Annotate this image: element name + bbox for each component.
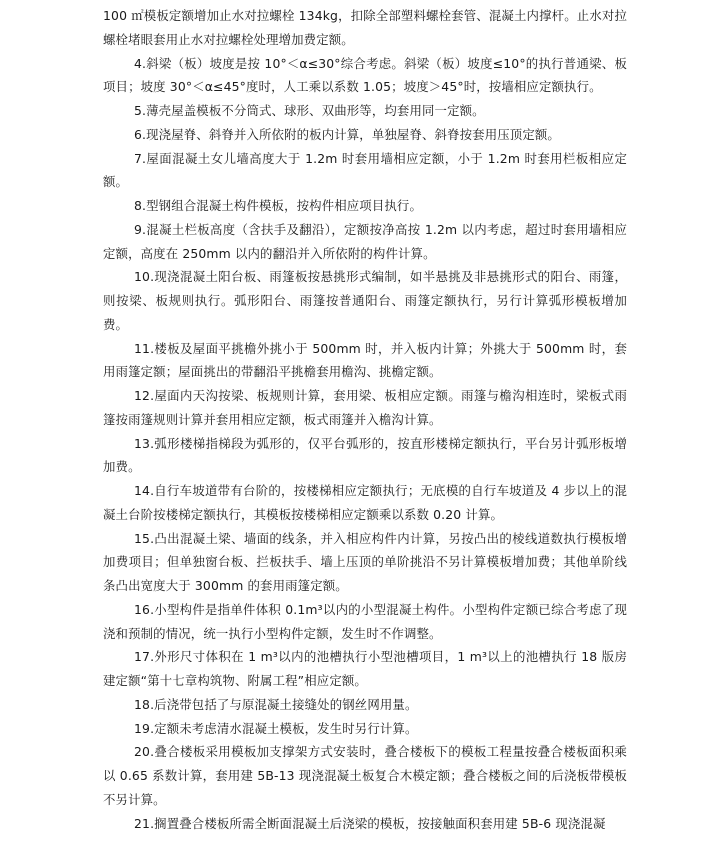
paragraph-item-11: 11.楼板及屋面平挑檐外挑小于 500mm 时，并入板内计算；外挑大于 500m…	[103, 337, 627, 385]
paragraph-item-4: 4.斜梁（板）坡度是按 10°＜α≤30°综合考虑。斜梁（板）坡度≤10°的执行…	[103, 52, 627, 100]
paragraph-item-13: 13.弧形楼梯指梯段为弧形的，仅平台弧形的，按直形楼梯定额执行，平台另计弧形板增…	[103, 432, 627, 480]
paragraph-item-18: 18.后浇带包括了与原混凝土接缝处的钢丝网用量。	[103, 693, 627, 717]
paragraph-item-12: 12.屋面内天沟按梁、板规则计算，套用梁、板相应定额。雨篷与檐沟相连时，梁板式雨…	[103, 384, 627, 432]
paragraph-item-17: 17.外形尺寸体积在 1 m³以内的池槽执行小型池槽项目，1 m³以上的池槽执行…	[103, 645, 627, 693]
paragraph-item-16: 16.小型构件是指单件体积 0.1m³以内的小型混凝土构件。小型构件定额已综合考…	[103, 598, 627, 646]
document-page: 100 ㎡模板定额增加止水对拉螺栓 134kg，扣除全部塑料螺栓套管、混凝土内撑…	[103, 4, 627, 835]
paragraph-continuation: 100 ㎡模板定额增加止水对拉螺栓 134kg，扣除全部塑料螺栓套管、混凝土内撑…	[103, 4, 627, 52]
paragraph-item-14: 14.自行车坡道带有台阶的，按楼梯相应定额执行；无底模的自行车坡道及 4 步以上…	[103, 479, 627, 527]
paragraph-item-8: 8.型钢组合混凝土构件模板，按构件相应项目执行。	[103, 194, 627, 218]
paragraph-item-19: 19.定额未考虑清水混凝土模板，发生时另行计算。	[103, 717, 627, 741]
paragraph-item-7: 7.屋面混凝土女儿墙高度大于 1.2m 时套用墙相应定额，小于 1.2m 时套用…	[103, 147, 627, 195]
paragraph-item-21: 21.搁置叠合楼板所需全断面混凝土后浇梁的模板，按接触面积套用建 5B-6 现浇…	[103, 812, 627, 836]
paragraph-item-10: 10.现浇混凝土阳台板、雨篷板按悬挑形式编制，如半悬挑及非悬挑形式的阳台、雨篷，…	[103, 265, 627, 336]
paragraph-item-6: 6.现浇屋脊、斜脊并入所依附的板内计算，单独屋脊、斜脊按套用压顶定额。	[103, 123, 627, 147]
paragraph-item-15: 15.凸出混凝土梁、墙面的线条，并入相应构件内计算，另按凸出的棱线道数执行模板增…	[103, 527, 627, 598]
paragraph-item-5: 5.薄壳屋盖模板不分筒式、球形、双曲形等，均套用同一定额。	[103, 99, 627, 123]
paragraph-item-20: 20.叠合楼板采用模板加支撑架方式安装时，叠合楼板下的模板工程量按叠合楼板面积乘…	[103, 740, 627, 811]
paragraph-item-9: 9.混凝土栏板高度（含扶手及翻沿），定额按净高按 1.2m 以内考虑，超过时套用…	[103, 218, 627, 266]
